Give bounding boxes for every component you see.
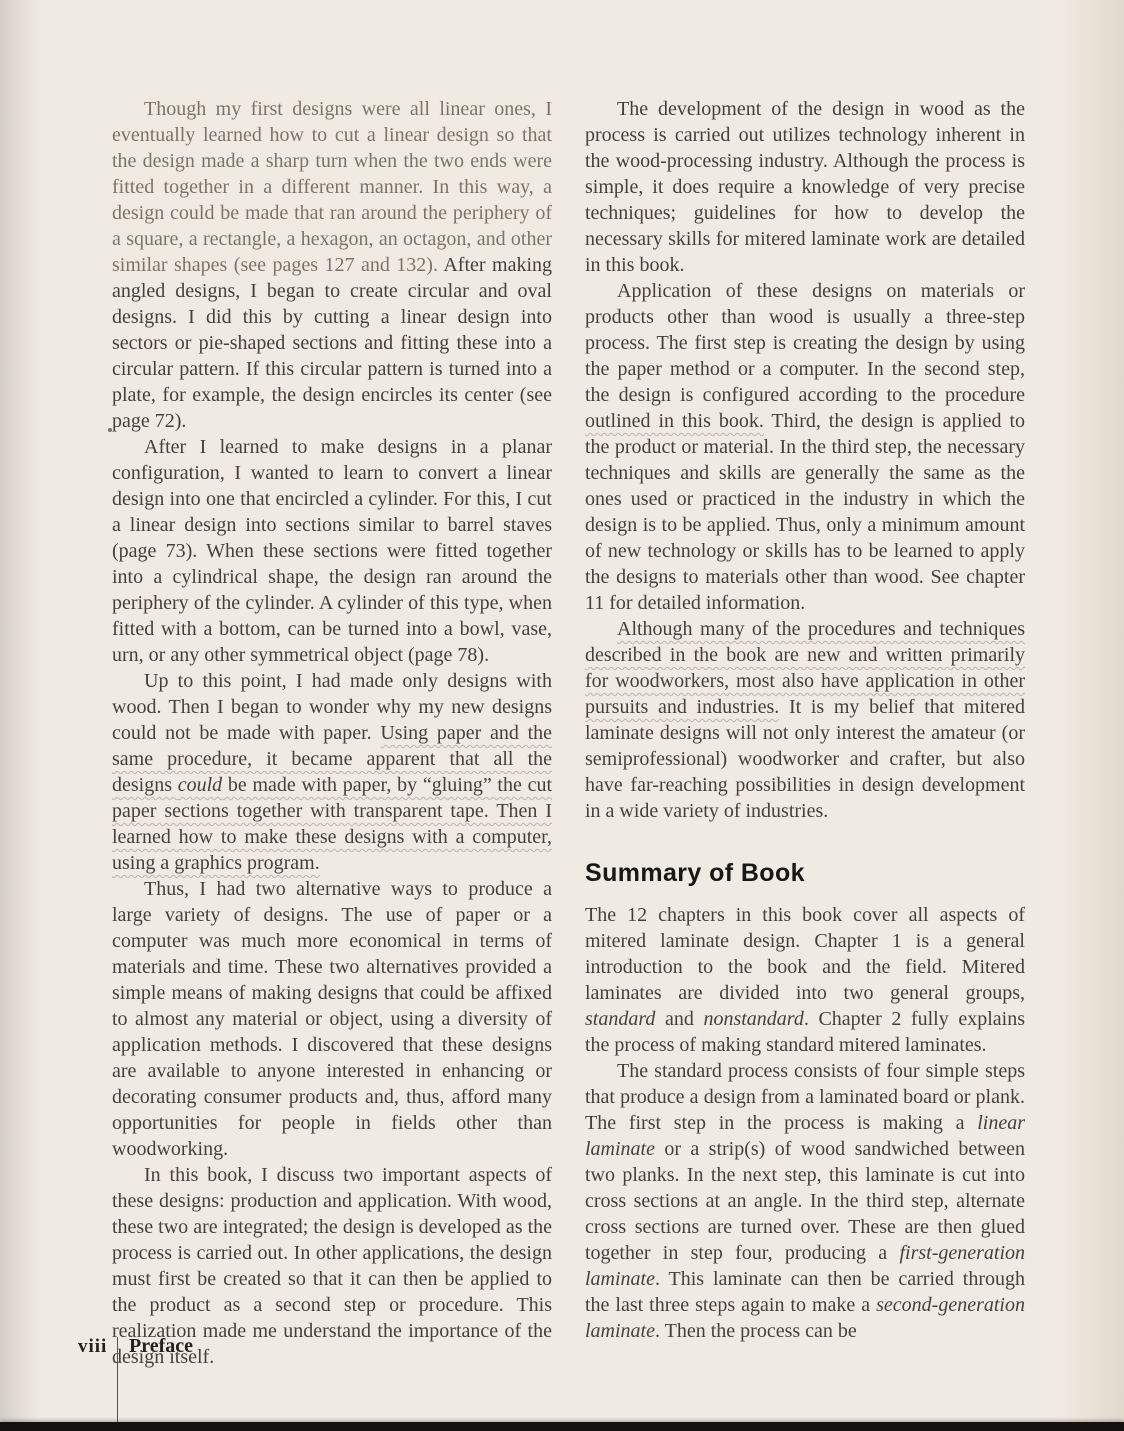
text-segment: nonstandard: [703, 1008, 803, 1030]
paragraph: After I learned to make designs in a pla…: [112, 434, 552, 668]
paragraph: Up to this point, I had made only design…: [112, 668, 552, 876]
text-segment: Though my first designs were all linear …: [112, 98, 552, 276]
left-text-column: Though my first designs were all linear …: [112, 96, 552, 1370]
paragraph: The standard process consists of four si…: [585, 1058, 1025, 1344]
text-segment: Thus, I had two alternative ways to prod…: [112, 878, 552, 1160]
text-segment: could: [178, 774, 222, 796]
footer-section-title: Preface: [129, 1335, 193, 1358]
text-segment: After I learned to make designs in a pla…: [112, 436, 552, 666]
text-segment: The development of the design in wood as…: [585, 98, 1025, 276]
scan-left-edge-shadow: [0, 0, 38, 1431]
text-segment: The standard process consists of four si…: [585, 1060, 1025, 1134]
right-text-column: The development of the design in wood as…: [585, 96, 1025, 1344]
text-segment: . Then the process can be: [655, 1320, 857, 1342]
paragraph: Though my first designs were all linear …: [112, 96, 552, 434]
paragraph: The 12 chapters in this book cover all a…: [585, 902, 1025, 1058]
text-segment: Third, the design is applied to the prod…: [585, 410, 1025, 614]
scan-bottom-edge: [0, 1422, 1124, 1431]
paragraph: Thus, I had two alternative ways to prod…: [112, 876, 552, 1162]
footer-page-number: viii: [78, 1336, 107, 1358]
text-segment: outlined in this book.: [585, 410, 764, 432]
stray-pencil-mark: [108, 428, 112, 432]
paragraph: Application of these designs on material…: [585, 278, 1025, 616]
text-segment: standard: [585, 1008, 655, 1030]
scan-right-edge-shadow: [1060, 0, 1124, 1431]
scanned-book-page: Though my first designs were all linear …: [0, 0, 1124, 1431]
text-segment: The 12 chapters in this book cover all a…: [585, 904, 1025, 1004]
paragraph: The development of the design in wood as…: [585, 96, 1025, 278]
text-segment: Application of these designs on material…: [585, 280, 1025, 406]
footer-divider: [117, 1337, 118, 1423]
text-segment: and: [655, 1008, 703, 1030]
paragraph: Although many of the procedures and tech…: [585, 616, 1025, 824]
text-segment: After making angled designs, I began to …: [112, 254, 552, 432]
summary-of-book-heading: Summary of Book: [585, 860, 1025, 886]
